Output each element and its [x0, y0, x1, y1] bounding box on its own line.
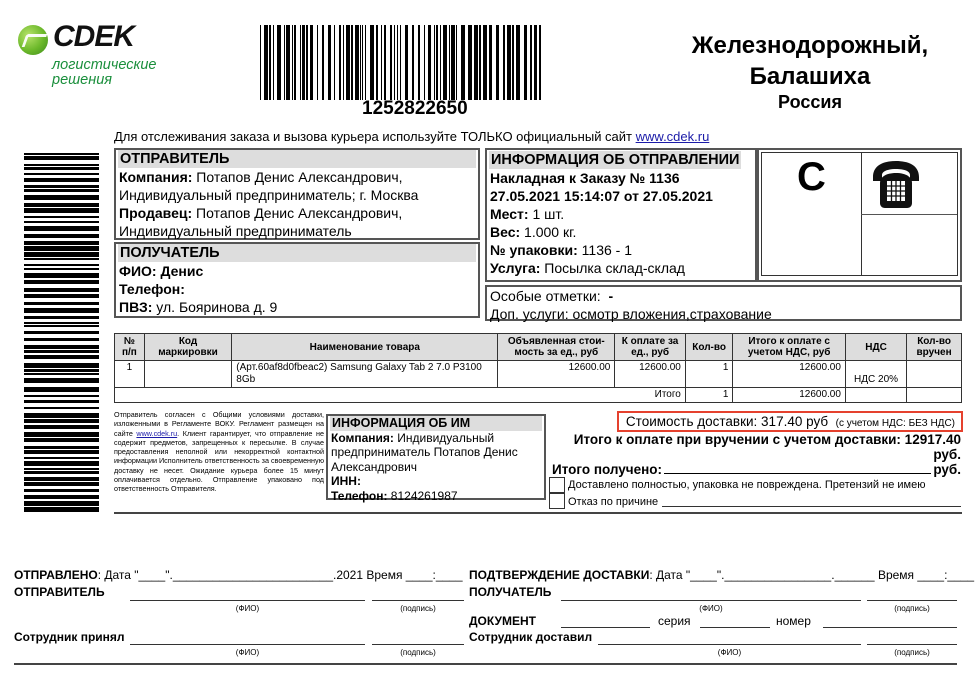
number-field[interactable] [823, 627, 957, 628]
cdek-logo-icon [18, 25, 48, 55]
invoice-number: Накладная к Заказу № 1136 [490, 169, 752, 187]
delivery-cost: Стоимость доставки: 317.40 руб (с учетом… [617, 411, 963, 432]
places: Мест: 1 шт. [490, 205, 752, 223]
extra-services: Доп. услуги: осмотр вложения,страхование [490, 305, 957, 323]
refused-checkbox[interactable] [549, 493, 565, 509]
im-info-header: ИНФОРМАЦИЯ ОБ ИМ [330, 416, 542, 431]
recipient-name: ФИО: Денис [119, 262, 475, 280]
sent-line: ОТПРАВЛЕНО: Дата "____".________________… [14, 568, 463, 582]
employee-accepted-label: Сотрудник принял [14, 630, 125, 644]
sender-sign-label: ОТПРАВИТЕЛЬ [14, 585, 105, 599]
recipient-phone: Телефон: [119, 280, 475, 298]
sender-company: Компания: Потапов Денис Александрович, И… [119, 168, 475, 204]
cdek-site-link[interactable]: www.cdek.ru [636, 129, 710, 144]
notes-box: Особые отметки: - Доп. услуги: осмотр вл… [485, 285, 962, 321]
im-phone: Телефон: 8124261987 [331, 489, 541, 504]
weight: Вес: 1.000 кг. [490, 223, 752, 241]
shipment-info-box: ИНФОРМАЦИЯ ОБ ОТПРАВЛЕНИИ Накладная к За… [485, 148, 757, 282]
footer-divider [14, 663, 957, 665]
table-header-row: № п/п Код маркировки Наименование товара… [115, 334, 962, 361]
received-amount: Итого получено: руб. [552, 462, 961, 477]
sender-box: ОТПРАВИТЕЛЬ Компания: Потапов Денис Алек… [114, 148, 480, 240]
sender-seller: Продавец: Потапов Денис Александрович, И… [119, 204, 475, 240]
im-company: Компания: Индивидуальный предприниматель… [331, 431, 541, 475]
package-number: № упаковки: 1136 - 1 [490, 241, 752, 259]
employee-delivered-fio-field[interactable] [598, 644, 861, 645]
sender-sign-field[interactable] [372, 600, 464, 601]
tracking-note: Для отслеживания заказа и вызова курьера… [114, 129, 709, 144]
divider [114, 512, 962, 514]
barcode-number: 1252822650 [362, 98, 468, 120]
delivery-confirm-line: ПОДТВЕРЖДЕНИЕ ДОСТАВКИ: Дата "____".____… [469, 568, 974, 582]
refused-label: Отказ по причине [568, 496, 658, 508]
col-qty: Кол-во [685, 334, 733, 361]
shipment-header: ИНФОРМАЦИЯ ОБ ОТПРАВЛЕНИИ [489, 151, 741, 169]
terms-site-link[interactable]: www.cdek.ru [136, 429, 177, 438]
refusal-reason-field[interactable] [662, 506, 961, 507]
col-name: Наименование товара [232, 334, 498, 361]
im-inn: ИНН: [331, 474, 541, 489]
barcode [260, 25, 648, 100]
im-info-box: ИНФОРМАЦИЯ ОБ ИМ Компания: Индивидуальны… [326, 414, 546, 500]
employee-delivered-label: Сотрудник доставил [469, 630, 592, 644]
col-num: № п/п [115, 334, 145, 361]
phone-icon [870, 159, 922, 209]
goods-table: № п/п Код маркировки Наименование товара… [114, 333, 962, 403]
vertical-barcode [24, 153, 99, 541]
destination-country: Россия [660, 92, 960, 113]
service: Услуга: Посылка склад-склад [490, 259, 752, 277]
brand-tagline: логистические решения [52, 58, 156, 88]
employee-accepted-fio-field[interactable] [130, 644, 365, 645]
received-field[interactable] [664, 462, 931, 474]
series-label: серия [658, 614, 691, 628]
service-letter: C [762, 155, 861, 200]
employee-delivered-sign-field[interactable] [867, 644, 957, 645]
table-row: 1 (Арт.60af8d0fbeac2) Samsung Galaxy Tab… [115, 361, 962, 388]
recipient-fio-field[interactable] [561, 600, 861, 601]
series-field[interactable] [700, 627, 770, 628]
invoice-datetime: 27.05.2021 15:14:07 от 27.05.2021 [490, 187, 752, 205]
employee-accepted-sign-field[interactable] [372, 644, 464, 645]
table-total-row: Итого 1 12600.00 [115, 388, 962, 403]
recipient-header: ПОЛУЧАТЕЛЬ [118, 244, 476, 262]
sender-fio-field[interactable] [130, 600, 365, 601]
special-marks: Особые отметки: - [490, 287, 957, 305]
document-field[interactable] [561, 627, 650, 628]
col-declared: Объявленная стои-мость за ед., руб [498, 334, 615, 361]
recipient-pvz: ПВЗ: ул. Бояринова д. 9 [119, 298, 475, 316]
col-delivered: Кол-во вручен [907, 334, 962, 361]
sender-header: ОТПРАВИТЕЛЬ [118, 150, 476, 168]
col-vat: НДС [845, 334, 906, 361]
delivered-label: Доставлено полностью, упаковка не повреж… [568, 479, 925, 491]
recipient-sign-label: ПОЛУЧАТЕЛЬ [469, 585, 551, 599]
destination-city: Железнодорожный, Балашиха [660, 30, 960, 92]
number-label: номер [776, 614, 811, 628]
terms-text: Отправитель согласен с Общими условиями … [114, 410, 324, 494]
col-price: К оплате за ед., руб [615, 334, 686, 361]
recipient-box: ПОЛУЧАТЕЛЬ ФИО: Денис Телефон: ПВЗ: ул. … [114, 242, 480, 318]
marks-box: C [757, 148, 962, 282]
recipient-sign-field[interactable] [867, 600, 957, 601]
total-due: Итого к оплате при вручении с учетом дос… [560, 432, 961, 462]
col-total: Итого к оплате с учетом НДС, руб [733, 334, 846, 361]
brand-logo: CDEK [53, 20, 134, 54]
delivered-checkbox[interactable] [549, 477, 565, 493]
document-label: ДОКУМЕНТ [469, 614, 536, 628]
col-code: Код маркировки [144, 334, 232, 361]
